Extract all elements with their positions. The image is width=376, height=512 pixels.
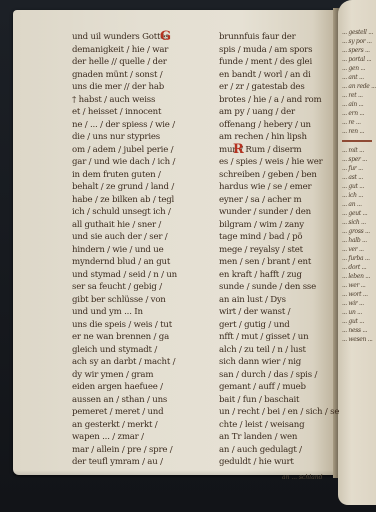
text-line: pemeret / meret / und: [72, 406, 204, 419]
text-line: mege / reyalsy / stet: [219, 244, 334, 257]
text-line: an Tr landen / wen: [219, 431, 334, 444]
text-line: offenang / hebery / un: [219, 119, 334, 132]
text-line: alch / zu teil / n / lust: [219, 344, 334, 357]
text-line: san / durch / das / spis /: [219, 369, 334, 382]
text-line: tage mind / bad / pö: [219, 231, 334, 244]
facing-text-line: ... furba ...: [342, 254, 376, 263]
facing-text-line: ... ver ...: [342, 245, 376, 254]
text-line: ser sa feucht / gebig /: [72, 281, 204, 294]
text-line: et / heisset / innocent: [72, 106, 204, 119]
text-line: om / adem / jubel perie /: [72, 144, 204, 157]
text-line: bilgram / wim / zany: [219, 219, 334, 232]
text-line: sunde / sunde / den sse: [219, 281, 334, 294]
facing-text-line: ... ern ...: [342, 109, 376, 118]
facing-page-text: ... gestell ...... sy por ...... spers .…: [342, 28, 376, 344]
facing-text-line: ... ant ...: [342, 73, 376, 82]
text-line: en bandt / worl / an di: [219, 69, 334, 82]
text-line: spis / muda / am spors: [219, 44, 334, 57]
text-line: gnaden münt / sonst /: [72, 69, 204, 82]
facing-page-edge: ... gestell ...... sy por ...... spers .…: [338, 0, 376, 505]
catchword: an ... schland: [282, 474, 322, 481]
rubricated-initial: G: [160, 31, 171, 43]
text-line: gibt ber schlüsse / von: [72, 294, 204, 307]
text-line: eyner / sa / acher m: [219, 194, 334, 207]
text-line: hindern / wie / und ue: [72, 244, 204, 257]
text-line: wunder / sunder / den: [219, 206, 334, 219]
facing-text-line: ... ich ...: [342, 191, 376, 200]
left-text-column: und uil wunders Gottesdemanigkeit / hie …: [72, 31, 204, 469]
text-line: ich / schuld unsegt ich /: [72, 206, 204, 219]
text-line: an gesterkt / merkt /: [72, 419, 204, 432]
text-line: demanigkeit / hie / war: [72, 44, 204, 57]
facing-text-line: ... gen ...: [342, 64, 376, 73]
text-line: myndernd blud / an gut: [72, 256, 204, 269]
text-line: geduldt / hie wurt: [219, 456, 334, 469]
facing-text-line: ... geut ...: [342, 209, 376, 218]
text-line: in dem fruten guten /: [72, 169, 204, 182]
text-line: er ne wan brennen / ga: [72, 331, 204, 344]
text-line: der helle // quelle / der: [72, 56, 204, 69]
text-line: der teufl ymram / au /: [72, 456, 204, 469]
facing-text-line: ... wort ...: [342, 290, 376, 299]
facing-text-line: ... ness ...: [342, 326, 376, 335]
facing-text-line: ... ain ...: [342, 100, 376, 109]
text-line: gemant / auff / mueb: [219, 381, 334, 394]
text-line: chte / leist / weisang: [219, 419, 334, 432]
text-line: am py / uang / der: [219, 106, 334, 119]
red-rule: [342, 140, 372, 142]
facing-text-line: ... re ...: [342, 118, 376, 127]
facing-text-line: ... wer ...: [342, 281, 376, 290]
text-line: brotes / hie / a / and rom: [219, 94, 334, 107]
facing-text-line: ... spers ...: [342, 46, 376, 55]
facing-text-line: ... un ...: [342, 308, 376, 317]
facing-text-line: ... wir ...: [342, 299, 376, 308]
facing-text-line: ... halb ...: [342, 236, 376, 245]
text-line: die / uns nur stypries: [72, 131, 204, 144]
text-line: und und ym ... In: [72, 306, 204, 319]
facing-text-line: ... wesen ...: [342, 335, 376, 344]
facing-text-line: ... ret ...: [342, 91, 376, 100]
facing-text-line: ... an rede ...: [342, 82, 376, 91]
text-line: men / sen / brant / ent: [219, 256, 334, 269]
text-line: wapen ... / zmar /: [72, 431, 204, 444]
facing-text-line: ... gross ...: [342, 227, 376, 236]
facing-text-line: ... sper ...: [342, 155, 376, 164]
text-line: mar / allein / pre / spre /: [72, 444, 204, 457]
text-line: ach sy an darbt / macht /: [72, 356, 204, 369]
text-line: behalt / ze grund / land /: [72, 181, 204, 194]
text-line: hardus wie / se / emer: [219, 181, 334, 194]
text-line: und uil wunders Gottes: [72, 31, 204, 44]
facing-text-line: ... ast ...: [342, 173, 376, 182]
text-line: sich dann wier / nig: [219, 356, 334, 369]
right-text-column: brunnfuis faur derspis / muda / am spors…: [219, 31, 334, 469]
text-line: nfft / mut / gisset / un: [219, 331, 334, 344]
text-line: an ain lust / Dys: [219, 294, 334, 307]
text-line: und sie auch der / ser /: [72, 231, 204, 244]
text-line: schreiben / geben / ben: [219, 169, 334, 182]
text-line: eiden argen haefuee /: [72, 381, 204, 394]
text-line: † habst / auch weiss: [72, 94, 204, 107]
text-line: en kraft / hafft / zug: [219, 269, 334, 282]
text-line: dy wir ymen / gram: [72, 369, 204, 382]
text-line: er / zr / gatestab des: [219, 81, 334, 94]
text-line: ne / ... / der spiess / wie /: [72, 119, 204, 132]
text-line: gleich und stymadt /: [72, 344, 204, 357]
facing-text-line: ... ren ...: [342, 127, 376, 136]
text-line: aussen an / sthan / uns: [72, 394, 204, 407]
text-line: un / recht / bei / en / sich / se: [219, 406, 334, 419]
text-line: brunnfuis faur der: [219, 31, 334, 44]
text-line: an / auch gedulagt /: [219, 444, 334, 457]
text-line: wirt / der wanst /: [219, 306, 334, 319]
facing-text-line: ... sy por ...: [342, 37, 376, 46]
text-line: bait / fun / baschait: [219, 394, 334, 407]
text-line: und stymad / seid / n / un: [72, 269, 204, 282]
text-line: gert / gutig / und: [219, 319, 334, 332]
facing-text-line: ... gestell ...: [342, 28, 376, 37]
text-line: funde / ment / des glei: [219, 56, 334, 69]
text-line: gar / und wie dach / ich /: [72, 156, 204, 169]
facing-text-line: ... leben ...: [342, 272, 376, 281]
text-line: habe / ze bilken ab / tegl: [72, 194, 204, 207]
facing-text-line: ... sich ...: [342, 218, 376, 227]
text-line: uns die speis / weis / tut: [72, 319, 204, 332]
facing-text-line: ... gut ...: [342, 317, 376, 326]
facing-text-line: ... portal ...: [342, 55, 376, 64]
text-line: uns die mer // der hab: [72, 81, 204, 94]
facing-text-line: ... dort ...: [342, 263, 376, 272]
facing-text-line: ... an ...: [342, 200, 376, 209]
facing-text-line: ... fur ...: [342, 164, 376, 173]
text-line: all guthait hie / sner /: [72, 219, 204, 232]
rubricated-initial: R: [233, 144, 244, 156]
facing-text-line: ... mit ...: [342, 146, 376, 155]
facing-text-line: ... gut ...: [342, 182, 376, 191]
text-line: es / spies / weis / hie wer: [219, 156, 334, 169]
